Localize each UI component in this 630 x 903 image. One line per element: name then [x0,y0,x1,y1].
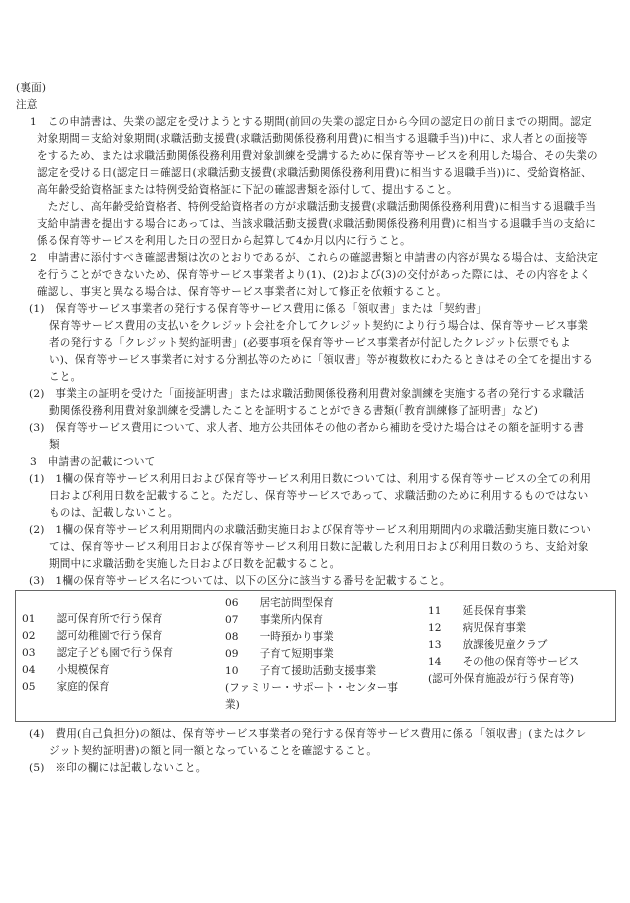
page-side-label: (裏面) [16,80,46,97]
service-code-item: 13 放課後児童クラブ [428,637,579,654]
note-3-item-1-line: ものは、記載しないこと。 [49,505,179,522]
application-back-page: (裏面) 注意 1 この申請書は、失業の認定を受けようとする期間(前回の失業の認… [0,0,630,903]
note-2-item-1-line: 者の発行する「クレジット契約証明書」(必要事項を保育等サービス事業者が付記したク… [49,335,571,352]
service-code-column-3: 11 延長保育事業 12 病児保育事業 13 放課後児童クラブ 14 その他の保… [428,603,579,688]
service-code-note: (認可外保育施設が行う保育等) [428,671,579,688]
note-3-item-2: (2) 1欄の保育等サービス利用期間内の求職活動実施日および保育等サービス利用期… [29,522,591,539]
note-1-line: 認定を受ける日(認定日＝確認日(求職活動支援費(求職活動関係役務利用費)に相当す… [37,165,592,182]
note-2-line: 2 申請書に添付すべき確認書類は次のとおりであるが、これらの確認書類と申請書の内… [30,250,598,267]
note-3-item-3: (3) 1欄の保育等サービス名については、以下の区分に該当する番号を記載すること… [29,573,451,590]
service-code-item: 12 病児保育事業 [428,620,579,637]
note-2-item-1: (1) 保育等サービス事業者の発行する保育等サービス費用に係る「領収書」または「… [29,301,487,318]
notes-heading: 注意 [16,97,38,114]
note-3-heading: 3 申請書の記載について [30,454,155,471]
note-1-line: 対象期間＝支給対象期間(求職活動支援費(求職活動関係役務利用費)に相当する退職手… [37,131,588,148]
service-code-item: 03 認定子ども園で行う保育 [22,645,173,662]
service-code-item: 04 小規模保育 [22,662,173,679]
service-code-item: 02 認可幼稚園で行う保育 [22,628,173,645]
note-2-item-1-line: 保育等サービス費用の支払いをクレジット会社を介してクレジット契約により行う場合は… [49,318,588,335]
note-1-line: をするため、または求職活動関係役務利用費対象訓練を受講するために保育等サービスを… [37,148,598,165]
service-code-item: 08 一時預かり事業 [225,629,398,646]
service-code-item: 01 認可保育所で行う保育 [22,611,173,628]
note-3-item-1: (1) 1欄の保育等サービス利用日および保育等サービス利用日数については、利用す… [29,471,591,488]
note-1-line: 支給申請書を提出する場合にあっては、当該求職活動支援費(求職活動関係役務利用費)… [37,216,596,233]
note-3-item-2-line: 期間中に求職活動を実施した日および日数を記載すること。 [49,556,340,573]
note-1-line: 1 この申請書は、失業の認定を受けようとする期間(前回の失業の認定日から今回の認… [30,114,592,131]
service-code-column-1: 01 認可保育所で行う保育 02 認可幼稚園で行う保育 03 認定子ども園で行う… [22,611,173,696]
note-3-item-5: (5) ※印の欄には記載しないこと。 [29,760,207,777]
note-2-item-1-line: こと。 [49,369,81,386]
service-code-item: 07 事業所内保育 [225,612,398,629]
service-code-column-2: 06 居宅訪問型保育 07 事業所内保育 08 一時預かり事業 09 子育て短期… [225,595,398,714]
service-code-note: 業) [225,697,398,714]
service-code-table: 01 認可保育所で行う保育 02 認可幼稚園で行う保育 03 認定子ども園で行う… [15,590,616,722]
note-2-item-2: (2) 事業主の証明を受けた「面接証明書」または求職活動関係役務利用費対象訓練を… [29,386,584,403]
service-code-item: 14 その他の保育等サービス [428,654,579,671]
note-1-line: ただし、高年齢受給資格者、特例受給資格者の方が求職活動支援費(求職活動関係役務利… [37,199,596,216]
service-code-note: (ファミリー・サポート・センター事 [225,680,398,697]
service-code-item: 06 居宅訪問型保育 [225,595,398,612]
note-3-item-1-line: 日および利用日数を記載すること。ただし、保育等サービスであって、求職活動のために… [49,488,588,505]
service-code-item: 10 子育て援助活動支援事業 [225,663,398,680]
note-3-item-2-line: ては、保育等サービス利用日および保育等サービス利用日数に記載した利用日および利用… [49,539,589,556]
service-code-item: 11 延長保育事業 [428,603,579,620]
note-3-item-4-line: ジット契約証明書)の額と同一額となっていることを確認すること。 [49,743,377,760]
note-2-item-1-line: い)、保育等サービス事業者に対する分割払等のために「領収書」等が複数枚にわたると… [49,352,593,369]
note-1-line: 高年齢受給資格証または特例受給資格証に下記の確認書類を添付して、提出すること。 [37,182,458,199]
note-1-line: 係る保育等サービスを利用した日の翌日から起算して4か月以内に行うこと。 [37,233,411,250]
note-2-line: を行うことができないため、保育等サービス事業者より(1)、(2)および(3)の交… [37,267,591,284]
note-2-item-3-line: 類 [49,437,60,454]
service-code-item: 05 家庭的保育 [22,679,173,696]
service-code-item: 09 子育て短期事業 [225,646,398,663]
note-2-item-3: (3) 保育等サービス費用について、求人者、地方公共団体その他の者から補助を受け… [29,420,584,437]
note-2-line: 確認し、事実と異なる場合は、保育等サービス事業者に対して修正を依頼すること。 [37,284,447,301]
note-2-item-2-line: 動関係役務利用費対象訓練を受講したことを証明することができる書類(「教育訓練修了… [49,403,538,420]
note-3-item-4: (4) 費用(自己負担分)の額は、保育等サービス事業者の発行する保育等サービス費… [29,726,587,743]
